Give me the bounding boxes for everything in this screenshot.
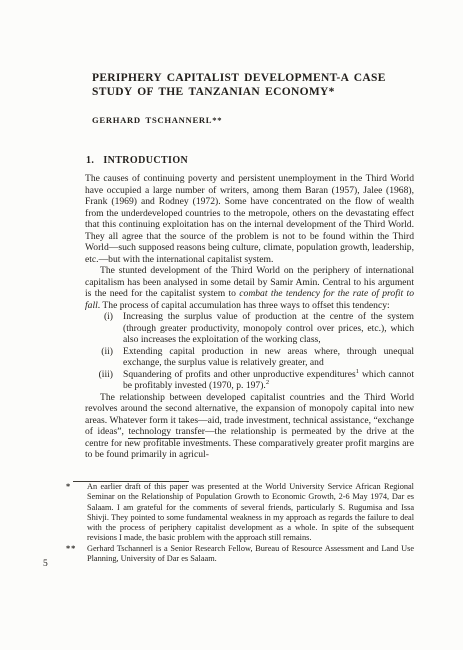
page-number: 5 (43, 559, 48, 569)
list-text-ii: Extending capital production in new area… (123, 346, 414, 369)
article-body: PERIPHERY CAPITALIST DEVELOPMENT-A CASE … (85, 72, 414, 461)
title-line-1: PERIPHERY CAPITALIST DEVELOPMENT-A CASE (92, 72, 414, 86)
footnote-text-author-affiliation: Gerhard Tschannerl is a Senior Research … (87, 544, 414, 565)
paragraph-causes-of-poverty: The causes of continuing poverty and per… (85, 173, 414, 265)
title-line-2: STUDY OF THE TANZANIAN ECONOMY* (92, 86, 414, 100)
section-number: 1. (86, 155, 94, 166)
footnote-marker-double-asterisk: ** (64, 544, 87, 565)
footnote-earlier-draft: * An earlier draft of this paper was pre… (64, 482, 414, 544)
paragraph-relationship: The relationship between developed capit… (85, 392, 414, 461)
author-name: GERHARD TSCHANNERL** (92, 115, 414, 125)
list-item-iii: (iii) Squandering of profits and other u… (85, 369, 414, 392)
paper-title: PERIPHERY CAPITALIST DEVELOPMENT-A CASE … (92, 72, 414, 99)
scanned-paper-page: PERIPHERY CAPITALIST DEVELOPMENT-A CASE … (0, 0, 463, 650)
list-marker-i: (i) (85, 311, 113, 346)
section-title: INTRODUCTION (103, 155, 188, 166)
capital-accumulation-list: (i) Increasing the surplus value of prod… (85, 311, 414, 392)
footnote-text-earlier-draft: An earlier draft of this paper was prese… (87, 482, 414, 544)
list-item-ii: (ii) Extending capital production in new… (85, 346, 414, 369)
list-marker-iii: (iii) (85, 369, 113, 392)
list-text-i: Increasing the surplus value of producti… (123, 311, 414, 346)
list-marker-ii: (ii) (85, 346, 113, 369)
footnote-author-affiliation: ** Gerhard Tschannerl is a Senior Resear… (64, 544, 414, 565)
footnote-area: * An earlier draft of this paper was pre… (64, 481, 414, 564)
list-item-i: (i) Increasing the surplus value of prod… (85, 311, 414, 346)
footnote-marker-asterisk: * (64, 482, 87, 544)
section-heading: 1.INTRODUCTION (86, 155, 414, 166)
list-text-iii: Squandering of profits and other unprodu… (123, 369, 414, 392)
paragraph-stunted-development: The stunted development of the Third Wor… (85, 265, 414, 311)
